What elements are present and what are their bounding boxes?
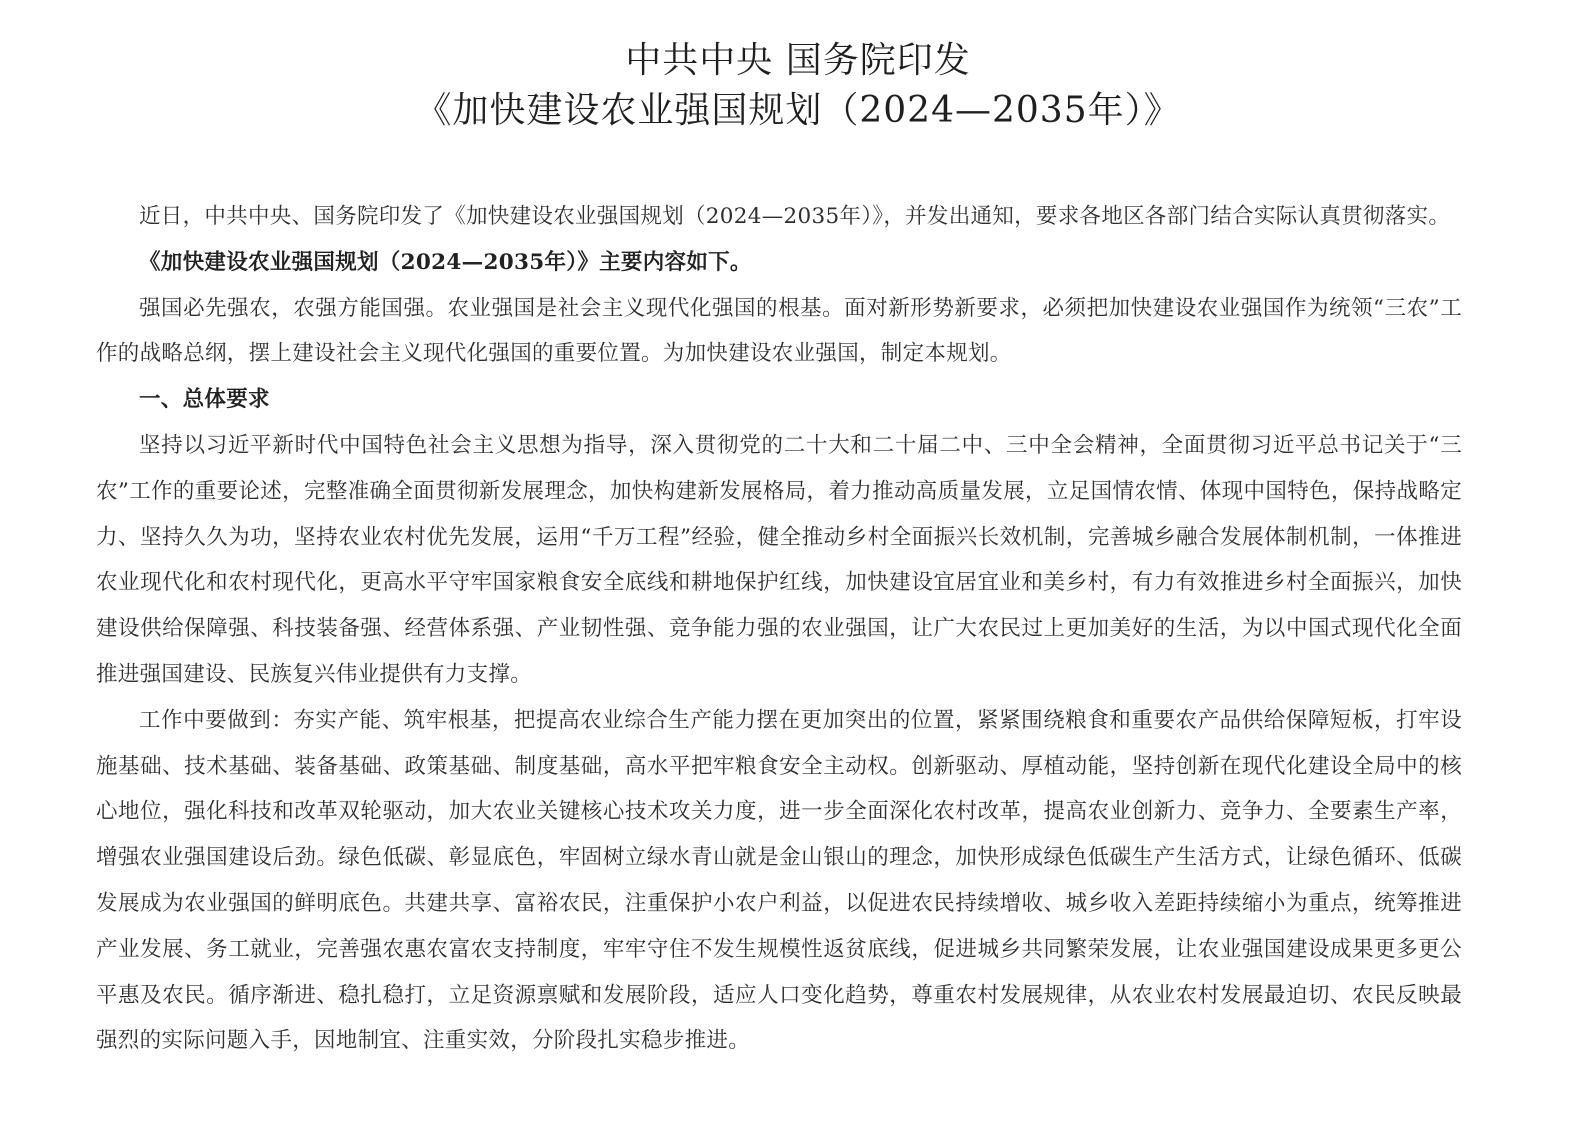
- paragraph-work-principles: 工作中要做到：夯实产能、筑牢根基，把提高农业综合生产能力摆在更加突出的位置，紧紧…: [96, 698, 1462, 1064]
- section-heading-general-requirements: 一、总体要求: [96, 377, 1462, 423]
- paragraph-guiding-ideology: 坚持以习近平新时代中国特色社会主义思想为指导，深入贯彻党的二十大和二十届二中、三…: [96, 423, 1462, 698]
- paragraph-main-content-heading: 《加快建设农业强国规划（2024—2035年）》主要内容如下。: [96, 240, 1462, 286]
- paragraph-intro: 近日，中共中央、国务院印发了《加快建设农业强国规划（2024—2035年）》，并…: [96, 194, 1462, 240]
- document-title-line-2: 《加快建设农业强国规划（2024—2035年）》: [0, 86, 1596, 136]
- paragraph-preamble: 强国必先强农，农强方能国强。农业强国是社会主义现代化强国的根基。面对新形势新要求…: [96, 286, 1462, 378]
- document-title-block: 中共中央 国务院印发 《加快建设农业强国规划（2024—2035年）》: [0, 0, 1596, 136]
- document-page: 中共中央 国务院印发 《加快建设农业强国规划（2024—2035年）》 近日，中…: [0, 0, 1596, 1146]
- document-title-line-1: 中共中央 国务院印发: [0, 36, 1596, 86]
- document-body: 近日，中共中央、国务院印发了《加快建设农业强国规划（2024—2035年）》，并…: [96, 194, 1462, 1064]
